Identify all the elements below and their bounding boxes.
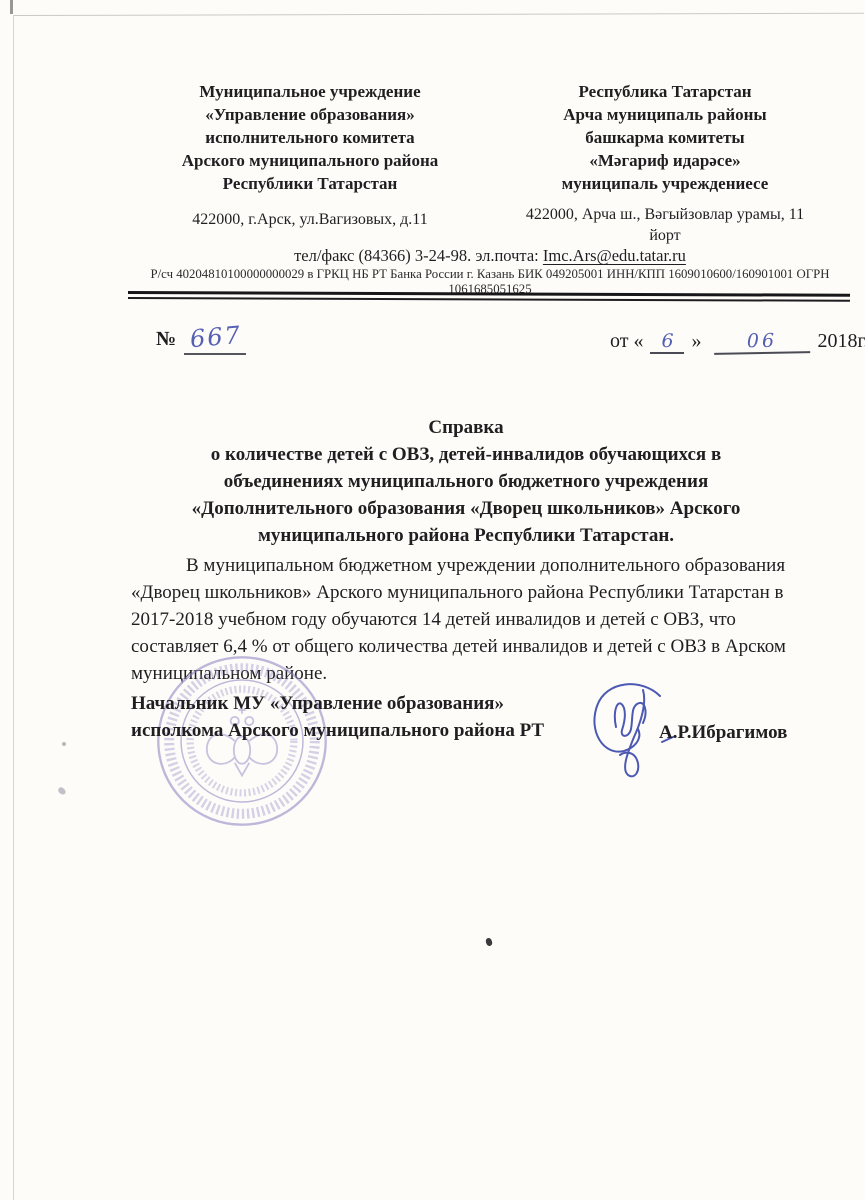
doc-number-handwritten: 667 <box>189 321 243 353</box>
date-day-handwritten: 6 <box>650 330 684 354</box>
org-name-line: Арча муниципаль районы <box>515 103 815 126</box>
org-name-line: муниципаль учреждениесе <box>515 172 815 195</box>
signatory-name: А.Р.Ибрагимов <box>659 722 787 744</box>
doc-date-row: от « 6 » 06 2018г. <box>610 330 865 354</box>
page-top-edge <box>14 13 864 16</box>
org-name-line: башкарма комитеты <box>515 126 815 149</box>
doc-number-underline <box>184 353 246 355</box>
title-line: «Дополнительного образования «Дворец шко… <box>130 495 802 522</box>
title-line: муниципального района Республики Татарст… <box>130 522 802 549</box>
org-name-line: «Управление образования» <box>150 103 470 126</box>
letterhead-tatar-column: Республика Татарстан Арча муниципаль рай… <box>515 80 815 246</box>
org-name-line: Республика Татарстан <box>515 80 815 103</box>
signatory-position: Начальник МУ «Управление образования» ис… <box>131 690 544 744</box>
scan-speck <box>57 786 67 796</box>
org-address: 422000, г.Арск, ул.Вагизовых, д.11 <box>150 209 470 230</box>
date-prefix: от « <box>610 330 643 353</box>
ink-dot-mark <box>485 937 493 946</box>
signatory-position-line1: Начальник МУ «Управление образования» <box>131 690 544 717</box>
phone-fax-label: тел/факс (84366) 3-24-98. эл.почта: <box>294 246 543 265</box>
org-address: 422000, Арча ш., Вәгыйзовлар урамы, 11 й… <box>515 204 815 246</box>
letterhead-divider-rule <box>128 291 850 302</box>
doc-number-label: № <box>156 328 176 351</box>
document-title: Справка о количестве детей с ОВЗ, детей-… <box>130 414 802 549</box>
signatory-position-line2: исполкома Арского муниципального района … <box>131 717 544 744</box>
org-name-line: Республики Татарстан <box>150 172 470 195</box>
date-close-quote: » <box>691 330 701 353</box>
letterhead-russian-column: Муниципальное учреждение «Управление обр… <box>150 80 470 230</box>
title-line: о количестве детей с ОВЗ, детей-инвалидо… <box>130 441 802 468</box>
date-month-handwritten: 06 <box>714 329 810 355</box>
scan-corner-mark <box>10 0 13 14</box>
org-name-line: Муниципальное учреждение <box>150 80 470 103</box>
date-year: 2018г. <box>817 330 865 353</box>
org-name-line: «Мәгариф идарәсе» <box>515 149 815 172</box>
bank-details-line1: Р/сч 40204810100000000029 в ГРКЦ НБ РТ Б… <box>118 267 862 282</box>
org-name-line: Арского муниципального района <box>150 149 470 172</box>
org-name-line: исполнительного комитета <box>150 126 470 149</box>
title-line: Справка <box>130 414 802 441</box>
title-line: объединениях муниципального бюджетного у… <box>130 468 802 495</box>
page-left-edge <box>13 15 14 1200</box>
scanned-letter-page: Муниципальное учреждение «Управление обр… <box>0 0 865 1200</box>
scan-speck <box>62 742 66 746</box>
contact-line: тел/факс (84366) 3-24-98. эл.почта: Imc.… <box>120 246 860 266</box>
email-address: Imc.Ars@edu.tatar.ru <box>543 246 686 265</box>
